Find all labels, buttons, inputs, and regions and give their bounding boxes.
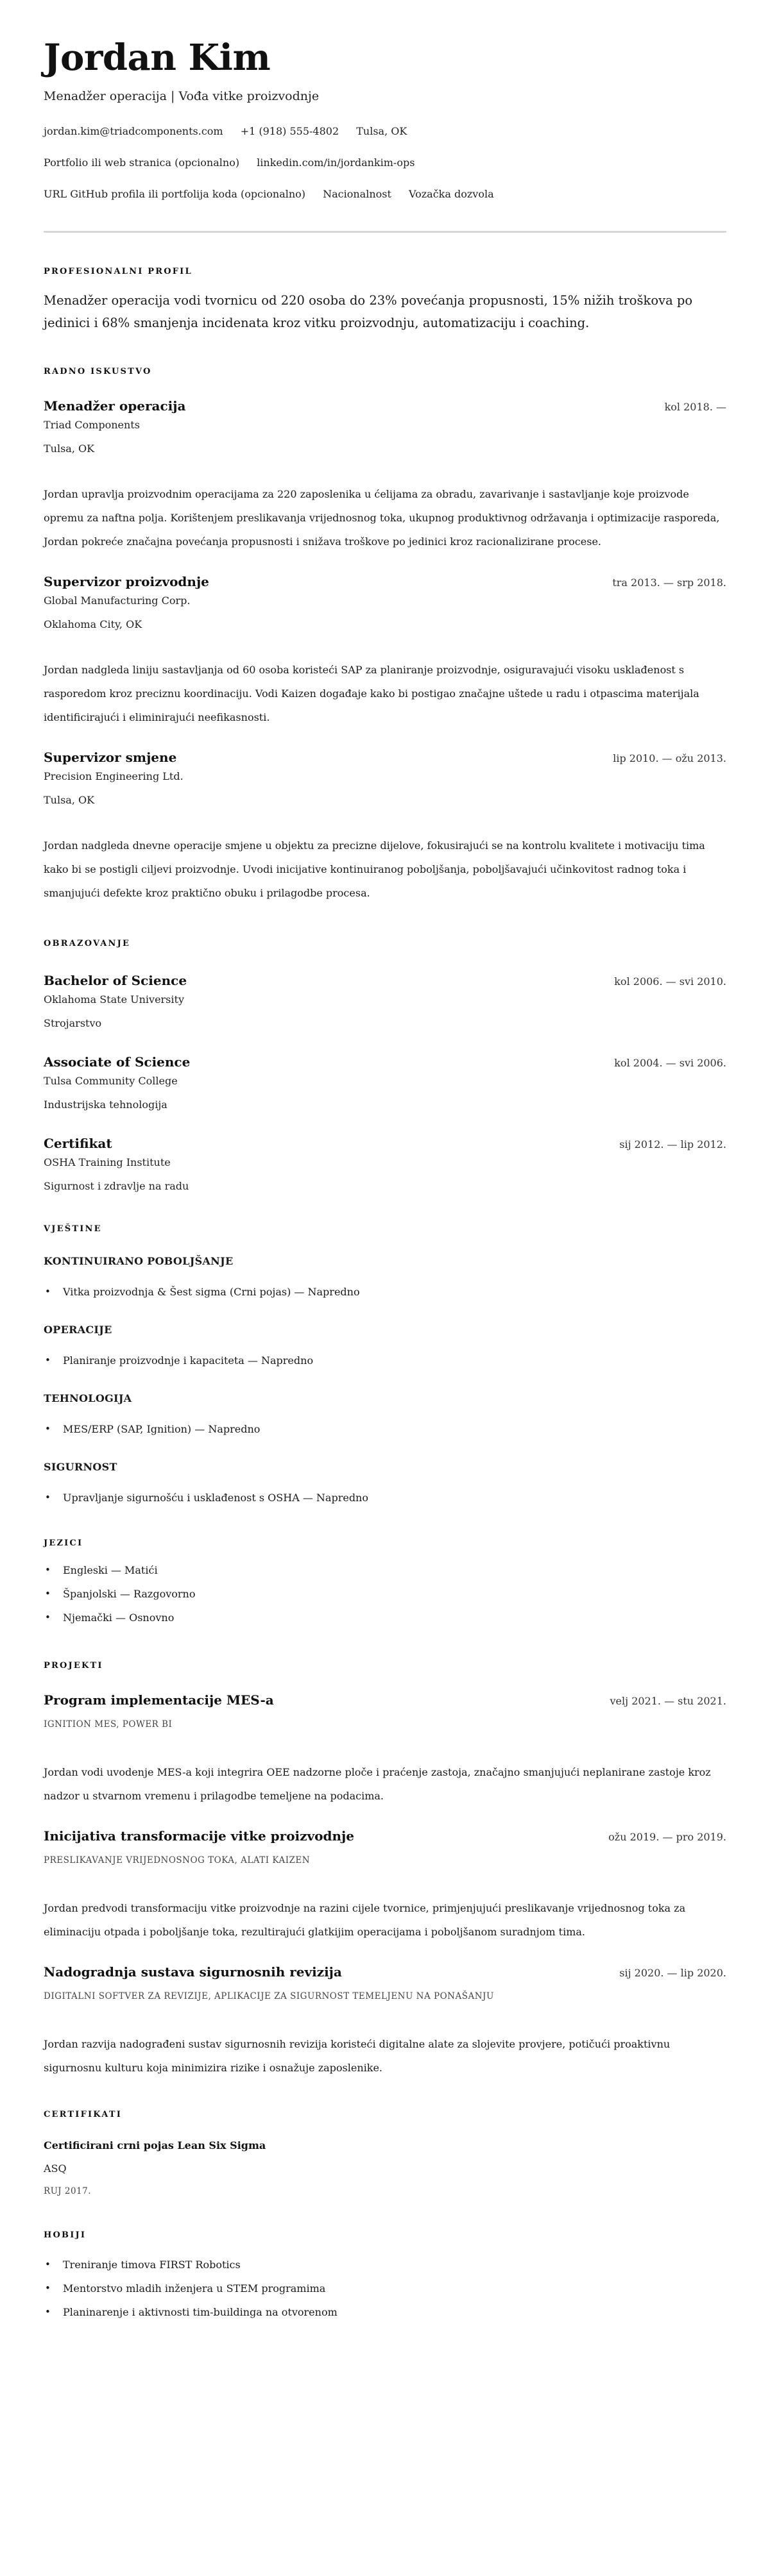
resume-page: Jordan Kim Menadžer operacija | Vođa vit…: [0, 0, 770, 2350]
candidate-headline: Menadžer operacija | Vođa vitke proizvod…: [44, 87, 726, 105]
section-title: RADNO ISKUSTVO: [44, 366, 726, 378]
project-name: Inicijativa transformacije vitke proizvo…: [44, 1827, 354, 1845]
project-dates: velj 2021. — stu 2021.: [610, 1694, 726, 1709]
education-entry: Associate of Science kol 2004. — svi 200…: [44, 1053, 726, 1113]
contact-row: Portfolio ili web stranica (opcionalno) …: [44, 156, 726, 170]
certificates-section: CERTIFIKATI Certificirani crni pojas Lea…: [44, 2109, 726, 2198]
project-description: Jordan razvija nadograđeni sustav sigurn…: [44, 2032, 726, 2080]
education-entry: Bachelor of Science kol 2006. — svi 2010…: [44, 972, 726, 1031]
job-company: Global Manufacturing Corp.: [44, 593, 726, 609]
profile-section: PROFESIONALNI PROFIL Menadžer operacija …: [44, 266, 726, 334]
skill-category: TEHNOLOGIJA: [44, 1392, 726, 1406]
project-dates: sij 2020. — lip 2020.: [619, 1966, 726, 1981]
education-dates: sij 2012. — lip 2012.: [619, 1137, 726, 1152]
language-item: Njemački — Osnovno: [44, 1606, 726, 1629]
contact-phone[interactable]: +1 (918) 555-4802: [241, 125, 339, 137]
job-location: Tulsa, OK: [44, 793, 726, 808]
education-entry: Certifikat sij 2012. — lip 2012. OSHA Tr…: [44, 1134, 726, 1194]
contact-row: jordan.kim@triadcomponents.com +1 (918) …: [44, 124, 726, 139]
school-name: Tulsa Community College: [44, 1073, 726, 1089]
job-title: Supervizor smjene: [44, 748, 176, 766]
section-title: PROFESIONALNI PROFIL: [44, 266, 726, 278]
hobby-item: Treniranje timova FIRST Robotics: [44, 2253, 726, 2277]
job-location: Oklahoma City, OK: [44, 617, 726, 632]
skill-list: MES/ERP (SAP, Ignition) — Napredno: [44, 1417, 726, 1441]
skill-item: Vitka proizvodnja & Šest sigma (Crni poj…: [44, 1280, 726, 1304]
field-of-study: Industrijska tehnologija: [44, 1097, 726, 1113]
job-dates: kol 2018. —: [665, 400, 726, 415]
header-divider: [44, 231, 726, 233]
projects-section: PROJEKTI Program implementacije MES-a ve…: [44, 1660, 726, 2080]
job-dates: lip 2010. — ožu 2013.: [613, 751, 726, 766]
project-tech: IGNITION MES, POWER BI: [44, 1718, 726, 1731]
project-tech: PRESLIKAVANJE VRIJEDNOSNOG TOKA, ALATI K…: [44, 1854, 726, 1867]
job-description: Jordan nadgleda liniju sastavljanja od 6…: [44, 658, 726, 729]
job-location: Tulsa, OK: [44, 441, 726, 457]
contact-nationality: Nacionalnost: [323, 188, 391, 200]
section-title: JEZICI: [44, 1538, 726, 1549]
field-of-study: Strojarstvo: [44, 1016, 726, 1031]
section-title: VJEŠTINE: [44, 1224, 726, 1235]
project-tech: DIGITALNI SOFTVER ZA REVIZIJE, APLIKACIJ…: [44, 1990, 726, 2003]
field-of-study: Sigurnost i zdravlje na radu: [44, 1179, 726, 1194]
job-description: Jordan nadgleda dnevne operacije smjene …: [44, 834, 726, 905]
language-list: Engleski — Matići Španjolski — Razgovorn…: [44, 1558, 726, 1629]
contact-portfolio[interactable]: Portfolio ili web stranica (opcionalno): [44, 156, 239, 169]
job-company: Triad Components: [44, 417, 726, 433]
project-dates: ožu 2019. — pro 2019.: [608, 1830, 726, 1845]
hobbies-section: HOBIJI Treniranje timova FIRST Robotics …: [44, 2230, 726, 2324]
project-entry: Program implementacije MES-a velj 2021. …: [44, 1691, 726, 1808]
contact-github[interactable]: URL GitHub profila ili portfolija koda (…: [44, 188, 305, 200]
section-title: CERTIFIKATI: [44, 2109, 726, 2121]
experience-section: RADNO ISKUSTVO Menadžer operacija kol 20…: [44, 366, 726, 905]
contact-linkedin[interactable]: linkedin.com/in/jordankim-ops: [257, 156, 415, 169]
contact-drivers-license: Vozačka dozvola: [409, 188, 494, 200]
degree-title: Associate of Science: [44, 1053, 190, 1071]
job-company: Precision Engineering Ltd.: [44, 769, 726, 784]
project-entry: Inicijativa transformacije vitke proizvo…: [44, 1827, 726, 1944]
skill-list: Planiranje proizvodnje i kapaciteta — Na…: [44, 1349, 726, 1372]
skill-item: Planiranje proizvodnje i kapaciteta — Na…: [44, 1349, 726, 1372]
skills-section: VJEŠTINE KONTINUIRANO POBOLJŠANJE Vitka …: [44, 1224, 726, 1510]
skill-category: SIGURNOST: [44, 1460, 726, 1474]
resume-header: Jordan Kim Menadžer operacija | Vođa vit…: [44, 35, 726, 201]
candidate-name: Jordan Kim: [44, 35, 726, 81]
job-title: Menadžer operacija: [44, 397, 185, 415]
certificate-date: RUJ 2017.: [44, 2185, 726, 2198]
education-dates: kol 2006. — svi 2010.: [614, 974, 726, 989]
school-name: OSHA Training Institute: [44, 1155, 726, 1170]
hobby-list: Treniranje timova FIRST Robotics Mentors…: [44, 2253, 726, 2324]
hobby-item: Planinarenje i aktivnosti tim-buildinga …: [44, 2300, 726, 2324]
skill-category: KONTINUIRANO POBOLJŠANJE: [44, 1254, 726, 1268]
skill-list: Upravljanje sigurnošću i usklađenost s O…: [44, 1486, 726, 1510]
project-name: Program implementacije MES-a: [44, 1691, 274, 1709]
job-dates: tra 2013. — srp 2018.: [612, 575, 726, 591]
section-title: PROJEKTI: [44, 1660, 726, 1672]
hobby-item: Mentorstvo mladih inženjera u STEM progr…: [44, 2277, 726, 2300]
project-name: Nadogradnja sustava sigurnosnih revizija: [44, 1963, 342, 1981]
education-section: OBRAZOVANJE Bachelor of Science kol 2006…: [44, 938, 726, 1194]
skill-item: Upravljanje sigurnošću i usklađenost s O…: [44, 1486, 726, 1510]
section-title: OBRAZOVANJE: [44, 938, 726, 950]
skill-item: MES/ERP (SAP, Ignition) — Napredno: [44, 1417, 726, 1441]
contact-email[interactable]: jordan.kim@triadcomponents.com: [44, 125, 223, 137]
experience-entry: Menadžer operacija kol 2018. — Triad Com…: [44, 397, 726, 553]
profile-summary: Menadžer operacija vodi tvornicu od 220 …: [44, 289, 726, 334]
degree-title: Bachelor of Science: [44, 972, 187, 989]
certificate-entry: Certificirani crni pojas Lean Six Sigma …: [44, 2139, 726, 2198]
job-title: Supervizor proizvodnje: [44, 573, 209, 591]
skill-category: OPERACIJE: [44, 1323, 726, 1337]
language-item: Engleski — Matići: [44, 1558, 726, 1582]
experience-entry: Supervizor proizvodnje tra 2013. — srp 2…: [44, 573, 726, 729]
certificate-issuer: ASQ: [44, 2162, 726, 2176]
project-description: Jordan predvodi transformaciju vitke pro…: [44, 1896, 726, 1944]
skill-list: Vitka proizvodnja & Šest sigma (Crni poj…: [44, 1280, 726, 1304]
section-title: HOBIJI: [44, 2230, 726, 2241]
job-description: Jordan upravlja proizvodnim operacijama …: [44, 482, 726, 553]
language-item: Španjolski — Razgovorno: [44, 1582, 726, 1606]
project-entry: Nadogradnja sustava sigurnosnih revizija…: [44, 1963, 726, 2080]
experience-entry: Supervizor smjene lip 2010. — ožu 2013. …: [44, 748, 726, 905]
languages-section: JEZICI Engleski — Matići Španjolski — Ra…: [44, 1538, 726, 1629]
education-dates: kol 2004. — svi 2006.: [614, 1056, 726, 1071]
contact-location: Tulsa, OK: [356, 125, 407, 137]
contact-row: URL GitHub profila ili portfolija koda (…: [44, 187, 726, 201]
certificate-name: Certificirani crni pojas Lean Six Sigma: [44, 2139, 726, 2153]
degree-title: Certifikat: [44, 1134, 112, 1152]
school-name: Oklahoma State University: [44, 992, 726, 1007]
project-description: Jordan vodi uvodenje MES-a koji integrir…: [44, 1760, 726, 1808]
